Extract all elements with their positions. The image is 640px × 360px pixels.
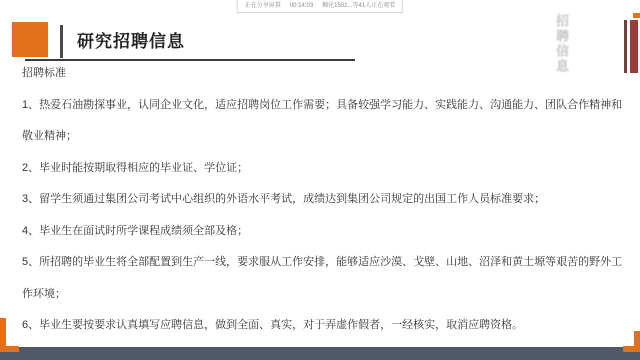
top-right-corner-accent (633, 13, 640, 18)
screen: 正在分享屏幕 00:14:03 稠化1502...等41人正在观看 研究招聘信息… (0, 0, 640, 360)
bottom-bar (0, 347, 640, 360)
recruitment-item-1-continued: 敬业精神； (22, 121, 634, 153)
recruitment-item-6: 6、毕业生要按要求认真填写应聘信息，做到全面、真实，对于弄虚作假者，一经核实，取… (22, 310, 634, 342)
screen-share-status-bar[interactable]: 正在分享屏幕 00:14:03 稠化1502...等41人正在观看 (237, 0, 403, 13)
slide-title: 研究招聘信息 (77, 27, 185, 52)
recruitment-item-5: 5、所招聘的毕业生将全部配置到生产一线，要求服从工作安排，能够适应沙漠、戈壁、山… (22, 247, 634, 279)
recruitment-criteria-heading: 招聘标准 (22, 58, 634, 90)
recruitment-item-3: 3、留学生须通过集团公司考试中心组织的外语水平考试，成绩达到集团公司规定的出国工… (22, 184, 634, 216)
corner-bracket-bottom-left (0, 318, 19, 352)
corner-bracket-bottom-right (623, 331, 640, 352)
slide-body: 招聘标准 1、热爱石油勘探事业，认同企业文化，适应招聘岗位工作需要；具备较强学习… (22, 58, 634, 342)
recruitment-item-2: 2、毕业时能按期取得相应的毕业证、学位证； (22, 153, 634, 185)
title-divider-line (60, 25, 63, 58)
recruitment-item-1: 1、热爱石油勘探事业，认同企业文化，适应招聘岗位工作需要；具备较强学习能力、实践… (22, 90, 634, 122)
title-accent-square (12, 22, 48, 57)
recruitment-item-5-continued: 作环境； (22, 279, 634, 311)
viewers-label: 稠化1502...等41人正在观看 (322, 0, 395, 12)
share-timer: 00:14:03 (290, 0, 313, 12)
recruitment-item-4: 4、毕业生在面试时所学课程成绩须全部及格； (22, 216, 634, 248)
share-status-label: 正在分享屏幕 (245, 0, 281, 12)
